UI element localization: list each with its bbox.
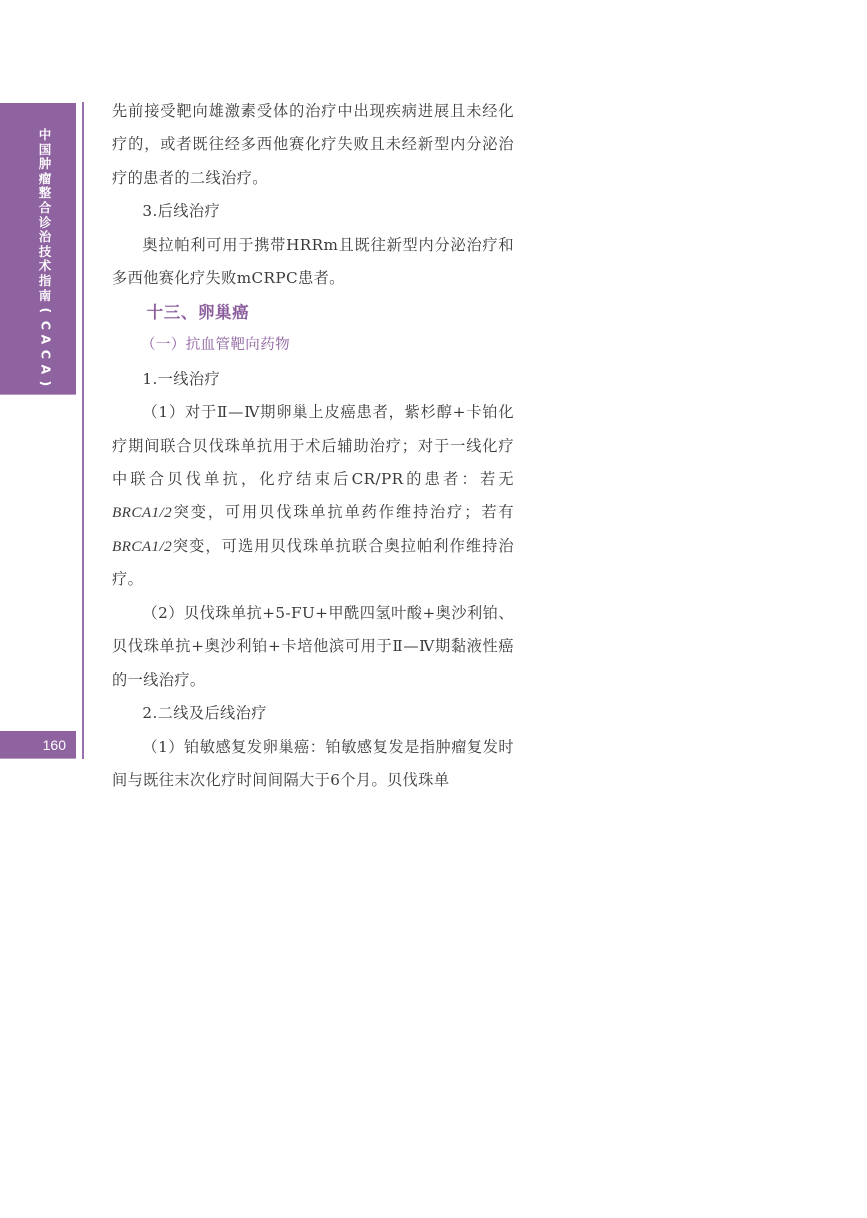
paragraph-first-line-2: （2）贝伐珠单抗+5-FU+甲酰四氢叶酸+奥沙利铂、贝伐珠单抗+奥沙利铂+卡培他… <box>112 597 514 697</box>
text-segment: 突变，可用贝伐珠单抗单药作维持治疗；若有 <box>172 503 514 521</box>
side-title-char: 术 <box>37 259 53 274</box>
section-title-ovarian-cancer: 十三、卵巢癌 <box>112 296 514 329</box>
subsection-title-anti-angiogenic: （一）抗血管靶向药物 <box>112 329 514 362</box>
side-title-char: 瘤 <box>37 172 53 187</box>
paragraph-intro: 先前接受靶向雄激素受体的治疗中出现疾病进展且未经化疗的，或者既往经多西他赛化疗失… <box>112 95 514 195</box>
gene-name: BRCA1/2 <box>112 538 172 555</box>
heading-first-line-treatment: 1.一线治疗 <box>112 363 514 396</box>
side-title-char: 肿 <box>37 157 53 172</box>
side-guide-title: 中国肿瘤整合诊治技术指南(CACA) <box>37 128 53 391</box>
side-title-char: 中 <box>37 128 53 143</box>
side-title-char: 指 <box>37 274 53 289</box>
side-title-char: 治 <box>37 230 53 245</box>
paragraph-first-line-1: （1）对于Ⅱ—Ⅳ期卵巢上皮癌患者，紫杉醇+卡铂化疗期间联合贝伐珠单抗用于术后辅助… <box>112 396 514 597</box>
gene-name: BRCA1/2 <box>112 504 172 521</box>
heading-later-line-treatment: 3.后线治疗 <box>112 195 514 228</box>
side-title-char: 国 <box>37 143 53 158</box>
side-title-char: A <box>38 332 53 348</box>
side-title-char: 南 <box>37 289 53 304</box>
margin-divider-line <box>82 102 84 759</box>
side-title-char: 技 <box>37 245 53 260</box>
text-segment: （1）对于Ⅱ—Ⅳ期卵巢上皮癌患者，紫杉醇+卡铂化疗期间联合贝伐珠单抗用于术后辅助… <box>112 403 514 488</box>
side-title-char: ) <box>38 375 53 391</box>
paragraph-platinum-sensitive: （1）铂敏感复发卵巢癌：铂敏感复发是指肿瘤复发时间与既往末次化疗时间间隔大于6个… <box>112 731 514 798</box>
side-title-char: 整 <box>37 186 53 201</box>
side-title-char: ( <box>38 302 53 318</box>
side-title-char: 诊 <box>37 216 53 231</box>
text-segment: 突变，可选用贝伐珠单抗联合奥拉帕利作维持治疗。 <box>112 537 514 588</box>
side-title-char: C <box>38 346 53 362</box>
page-number: 160 <box>0 731 76 759</box>
heading-second-line-treatment: 2.二线及后线治疗 <box>112 697 514 730</box>
paragraph-olaparib: 奥拉帕利可用于携带HRRm且既往新型内分泌治疗和多西他赛化疗失败mCRPC患者。 <box>112 229 514 296</box>
page-body: 先前接受靶向雄激素受体的治疗中出现疾病进展且未经化疗的，或者既往经多西他赛化疗失… <box>112 95 514 798</box>
side-title-char: 合 <box>37 201 53 216</box>
